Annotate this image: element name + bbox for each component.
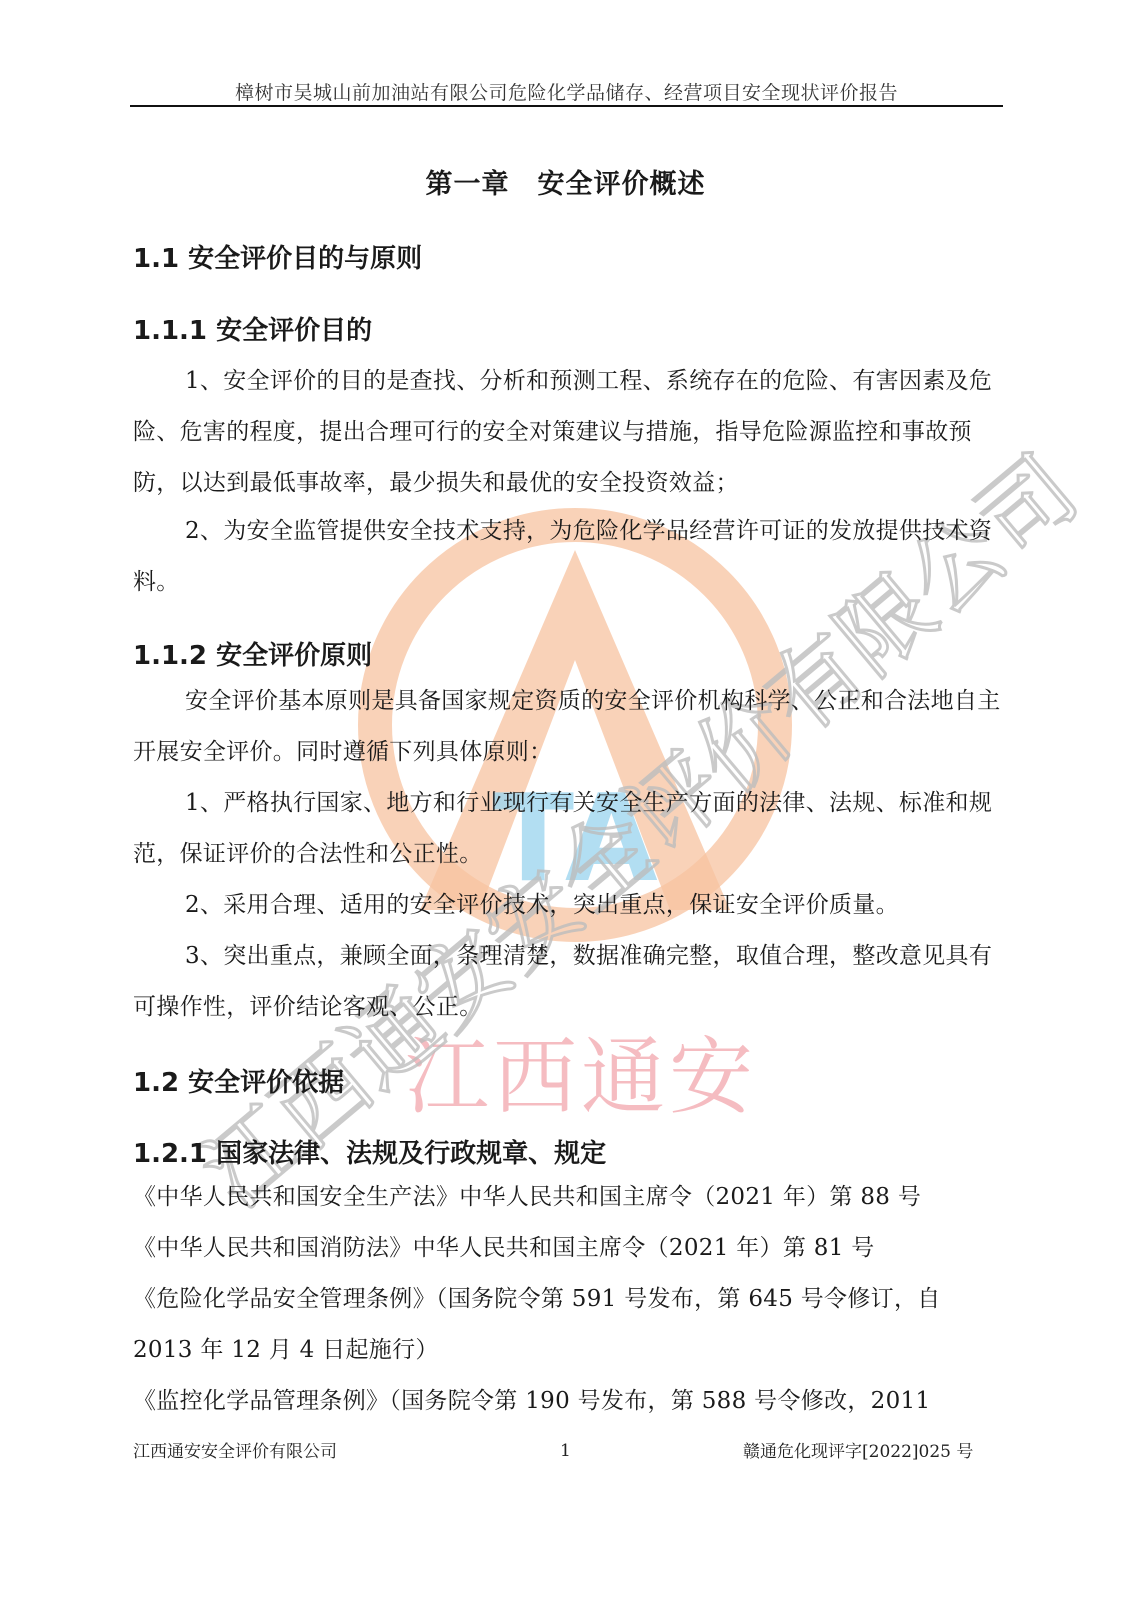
footer-doc-number: 赣通危化现评字[2022]025 号 — [743, 1437, 973, 1462]
paragraph: 3、突出重点，兼顾全面，条理清楚，数据准确完整，取值合理，整改意见具有可操作性，… — [133, 931, 1003, 1033]
section-heading-1-1-2: 1.1.2 安全评价原则 — [133, 635, 372, 672]
law-item: 《危险化学品安全管理条例》（国务院令第 591 号发布，第 645 号令修订，自… — [133, 1274, 1003, 1376]
paragraph: 2、采用合理、适用的安全评价技术，突出重点，保证安全评价质量。 — [133, 880, 1003, 931]
law-item: 《中华人民共和国消防法》中华人民共和国主席令（2021 年）第 81 号 — [133, 1223, 1003, 1274]
paragraph: 2、为安全监管提供安全技术支持，为危险化学品经营许可证的发放提供技术资料。 — [133, 506, 1003, 608]
paragraph: 1、安全评价的目的是查找、分析和预测工程、系统存在的危险、有害因素及危险、危害的… — [133, 356, 1003, 509]
law-item: 《中华人民共和国安全生产法》中华人民共和国主席令（2021 年）第 88 号 — [133, 1172, 1003, 1223]
section-heading-1-1: 1.1 安全评价目的与原则 — [133, 238, 422, 275]
header-divider — [130, 105, 1003, 107]
section-heading-1-1-1: 1.1.1 安全评价目的 — [133, 310, 372, 347]
footer-company: 江西通安安全评价有限公司 — [133, 1437, 337, 1462]
section-heading-1-2-1: 1.2.1 国家法律、法规及行政规章、规定 — [133, 1133, 606, 1170]
chapter-title: 第一章 安全评价概述 — [0, 162, 1131, 201]
law-item: 《监控化学品管理条例》（国务院令第 190 号发布，第 588 号令修改，201… — [133, 1376, 1003, 1427]
paragraph: 1、严格执行国家、地方和行业现行有关安全生产方面的法律、法规、标准和规范，保证评… — [133, 778, 1003, 880]
paragraph: 安全评价基本原则是具备国家规定资质的安全评价机构科学、公正和合法地自主开展安全评… — [133, 676, 1003, 778]
page-number: 1 — [560, 1441, 571, 1461]
running-header: 樟树市吴城山前加油站有限公司危险化学品储存、经营项目安全现状评价报告 — [130, 78, 1003, 105]
section-heading-1-2: 1.2 安全评价依据 — [133, 1062, 344, 1099]
